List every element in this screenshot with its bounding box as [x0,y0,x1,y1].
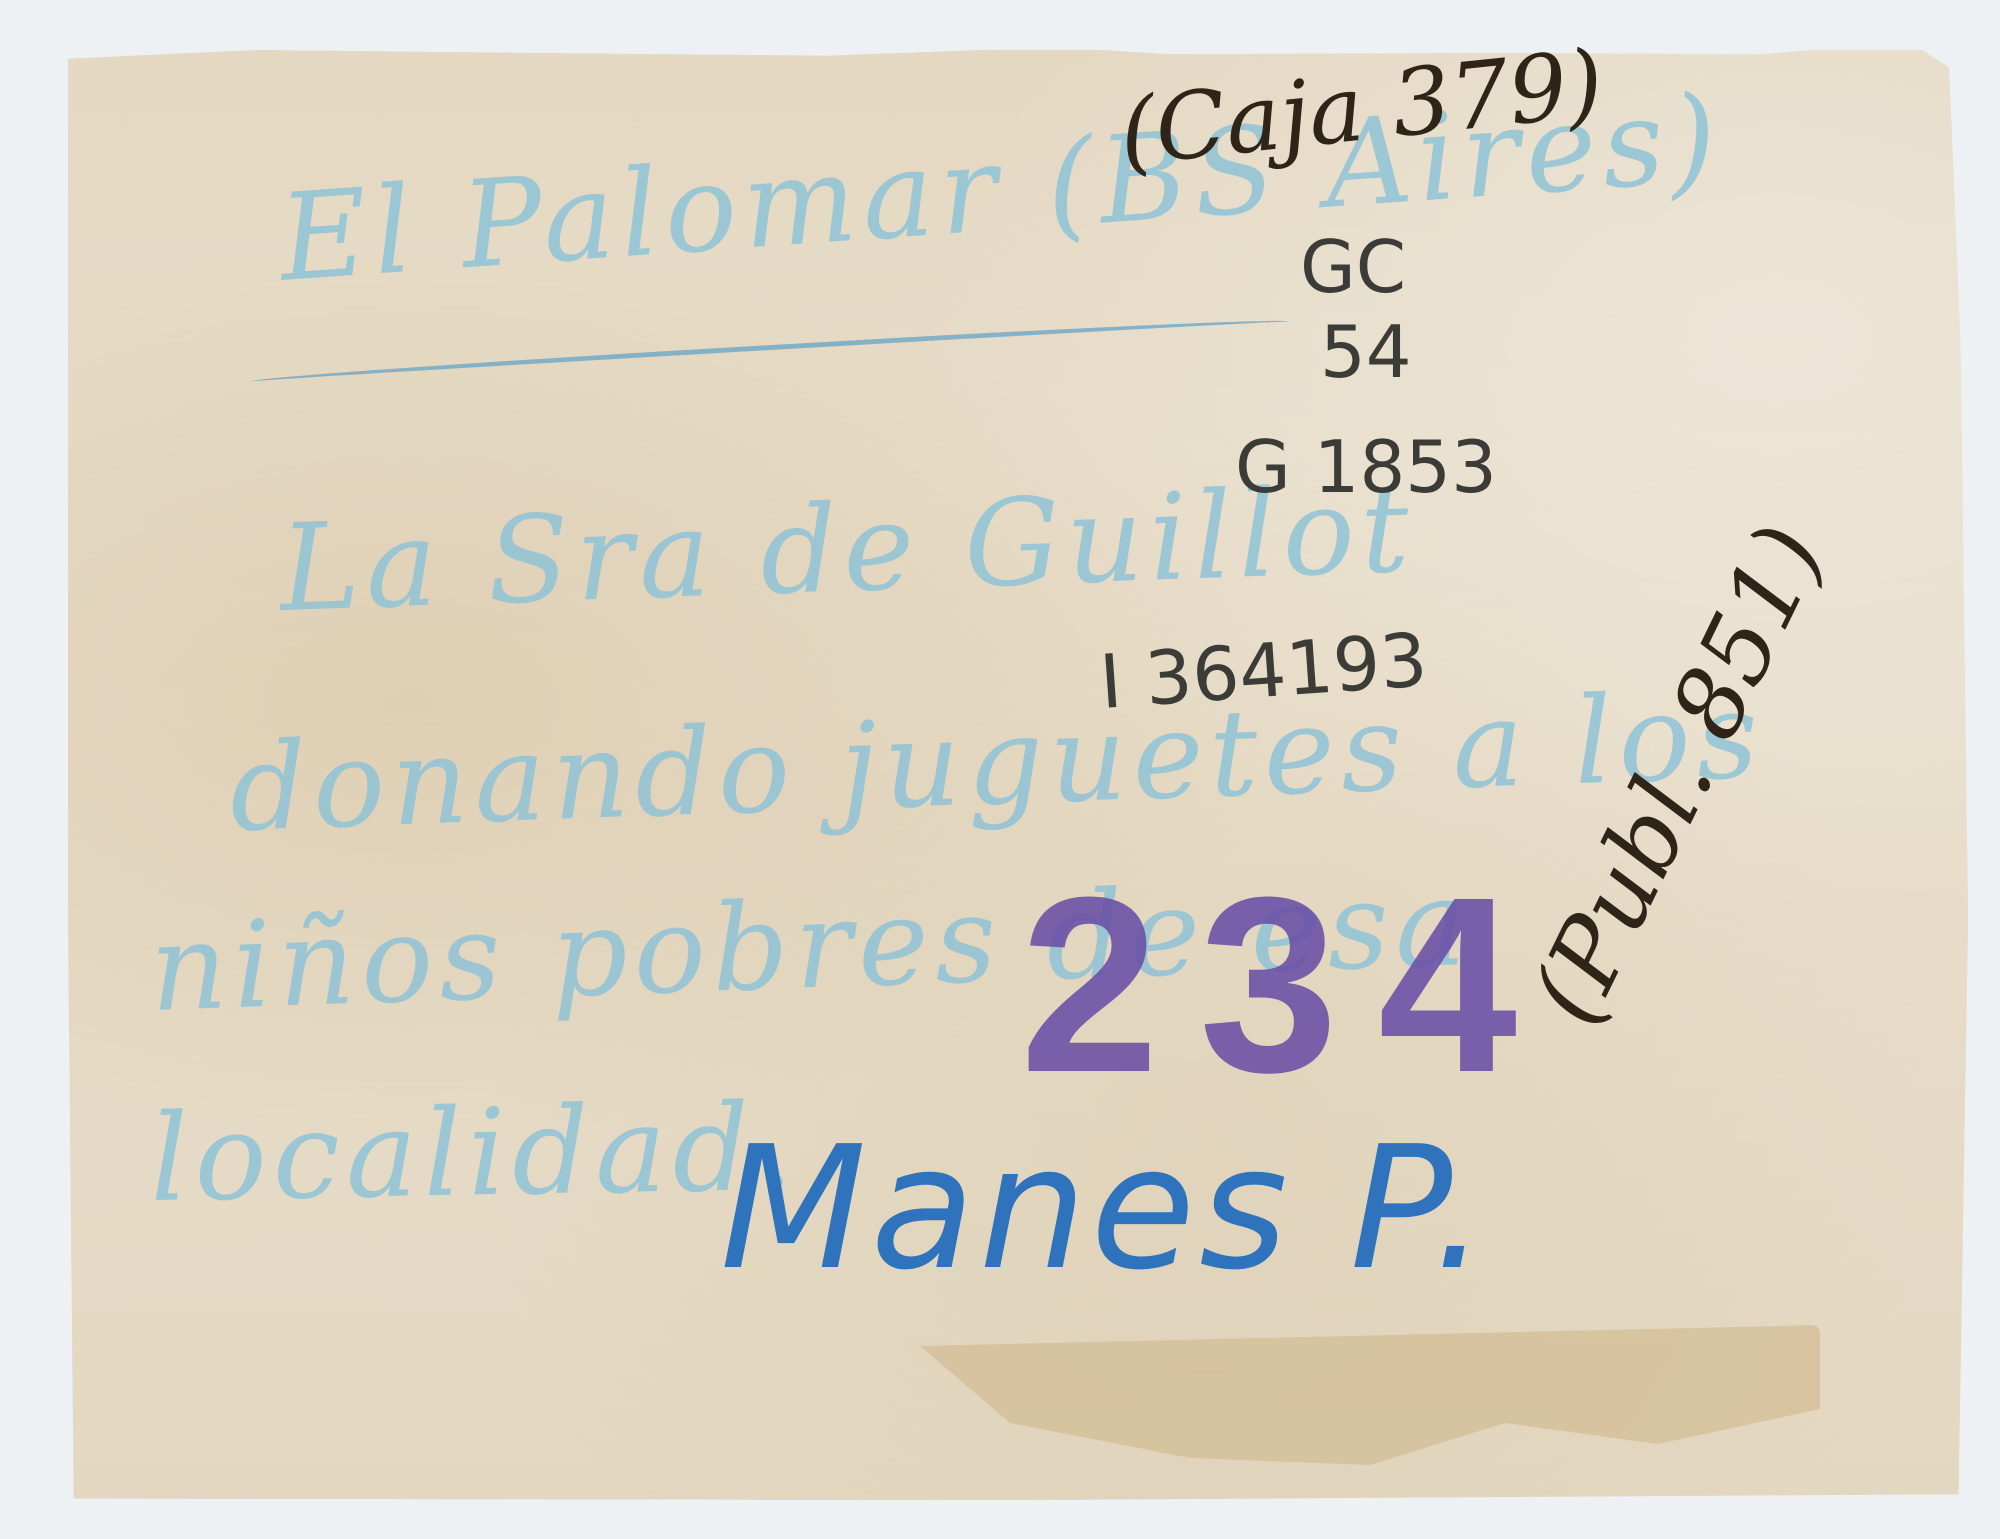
catalog-number: G 1853 [1235,425,1497,509]
caption-line-5: localidad. [149,1079,801,1229]
catalog-code-1: GC [1300,225,1406,309]
scanned-photo-back: El Palomar (BS Aires) La Sra de Guillot … [0,0,2000,1539]
catalog-code-2: 54 [1320,310,1412,394]
photographer-name: Manes P. [720,1110,1491,1308]
stamp-number: 234 [1020,860,1557,1110]
